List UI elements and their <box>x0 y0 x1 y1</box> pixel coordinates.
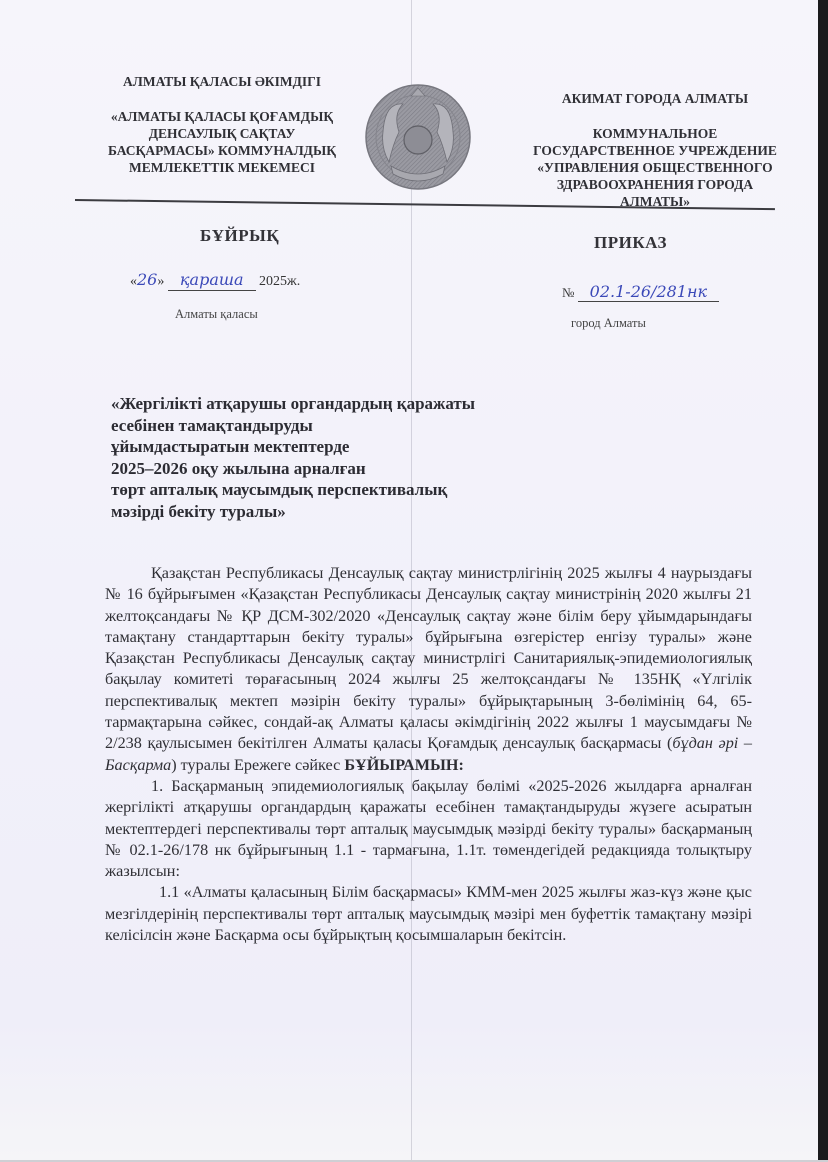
date-open-quote: « <box>130 274 137 289</box>
date-day-handwritten: 26 <box>137 270 157 289</box>
item-1-1-paragraph: 1.1 «Алматы қаласының Білім басқармасы» … <box>105 882 752 946</box>
preamble-paragraph: Қазақстан Республикасы Денсаулық сақтау … <box>105 563 752 776</box>
number-value-handwritten: 02.1-26/281нк <box>590 282 707 301</box>
institution-line: ДЕНСАУЛЫҚ САҚТАУ <box>72 125 372 142</box>
order-subject: «Жергілікті атқарушы органдардың қаражат… <box>111 393 571 523</box>
date-close-quote: » <box>157 274 164 289</box>
header-right-ru: АКИМАТ ГОРОДА АЛМАТЫ КОММУНАЛЬНОЕ ГОСУДА… <box>505 90 805 210</box>
date-year: 2025ж. <box>259 274 300 289</box>
subject-line: төрт апталық маусымдық перспективалық <box>111 479 571 501</box>
viewer-frame-edge <box>818 0 828 1162</box>
preamble-text-end: ) туралы Ережеге сәйкес <box>171 756 344 774</box>
institution-line: «УПРАВЛЕНИЯ ОБЩЕСТВЕННОГО <box>505 159 805 176</box>
city-kz: Алматы қаласы <box>175 307 258 322</box>
item-1-paragraph: 1. Басқарманың эпидемиологиялық бақылау … <box>105 776 752 882</box>
subject-line: есебінен тамақтандыруды <box>111 415 571 437</box>
subject-line: 2025–2026 оқу жылына арналған <box>111 458 571 480</box>
authority-ru: АКИМАТ ГОРОДА АЛМАТЫ <box>505 90 805 107</box>
state-emblem-icon <box>363 82 473 192</box>
order-title-kz: БҰЙРЫҚ <box>200 226 279 246</box>
command-word: БҰЙЫРАМЫН: <box>344 756 464 774</box>
order-title-ru: ПРИКАЗ <box>594 233 667 253</box>
order-date: «26» қараша 2025ж. <box>130 270 300 291</box>
institution-line: МЕМЛЕКЕТТІК МЕКЕМЕСІ <box>72 159 372 176</box>
date-month-handwritten: қараша <box>180 270 244 289</box>
authority-kz: АЛМАТЫ ҚАЛАСЫ ӘКІМДІГІ <box>72 73 372 90</box>
preamble-text: Қазақстан Республикасы Денсаулық сақтау … <box>105 564 752 752</box>
document-page: АЛМАТЫ ҚАЛАСЫ ӘКІМДІГІ «АЛМАТЫ ҚАЛАСЫ ҚО… <box>0 0 818 1160</box>
subject-line: «Жергілікті атқарушы органдардың қаражат… <box>111 393 571 415</box>
institution-line: ГОСУДАРСТВЕННОЕ УЧРЕЖДЕНИЕ <box>505 142 805 159</box>
institution-line: КОММУНАЛЬНОЕ <box>505 125 805 142</box>
city-ru: город Алматы <box>571 316 646 331</box>
order-body: Қазақстан Республикасы Денсаулық сақтау … <box>105 563 752 946</box>
subject-line: мәзірді бекіту туралы» <box>111 501 571 523</box>
institution-line: БАСҚАРМАСЫ» КОММУНАЛДЫҚ <box>72 142 372 159</box>
order-number: № 02.1-26/281нк <box>562 282 719 302</box>
institution-line: ЗДРАВООХРАНЕНИЯ ГОРОДА <box>505 176 805 193</box>
institution-line: «АЛМАТЫ ҚАЛАСЫ ҚОҒАМДЫҚ <box>72 108 372 125</box>
number-label: № <box>562 285 574 300</box>
subject-line: ұйымдастыратын мектептерде <box>111 436 571 458</box>
header-left-kz: АЛМАТЫ ҚАЛАСЫ ӘКІМДІГІ «АЛМАТЫ ҚАЛАСЫ ҚО… <box>72 73 372 176</box>
